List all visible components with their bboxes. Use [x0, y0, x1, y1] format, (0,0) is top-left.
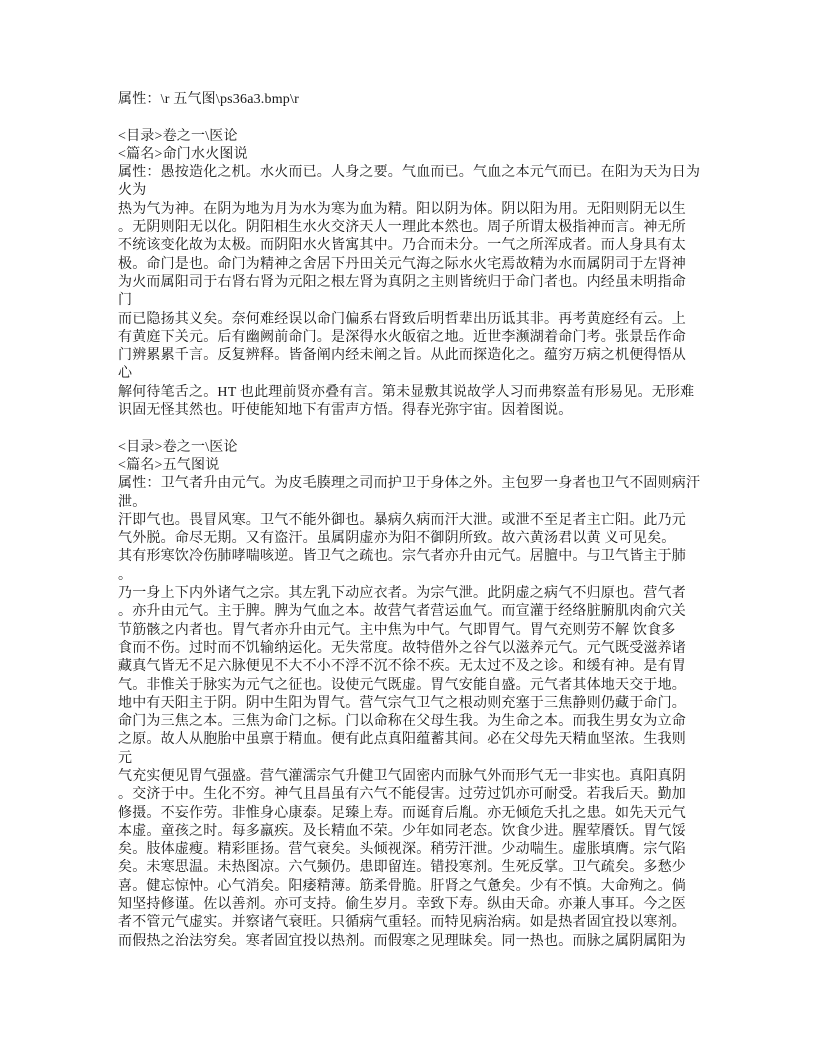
text-line: 者不管元气虚实。并察诸气衰旺。只循病气重轻。而特见病治病。如是热者固宜投以寒剂。	[118, 914, 710, 932]
section-mingmen-shuihuo-tushuo: <目录>卷之一\医论<篇名>命门水火图说属性：愚按造化之机。水火而已。人身之要。…	[118, 128, 710, 421]
text-line: 心	[118, 365, 710, 383]
text-line: 而已隐扬其义矣。奈何难经误以命门偏系右肾致后明哲辈出历诋其非。再考黄庭经有云。上	[118, 311, 710, 329]
text-line: 。	[118, 567, 710, 585]
text-line: 其有形寒饮冷伤肺哮喘咳逆。皆卫气之疏也。宗气者亦升由元气。居膻中。与卫气皆主于肺	[118, 548, 710, 566]
text-line: 气外脱。命尽无期。又有盗汗。虽属阴虚亦为阳不御阴所致。故六黄汤君以黄 义可见矣。	[118, 530, 710, 548]
text-line: <篇名>五气图说	[118, 457, 710, 475]
text-line: 火为	[118, 182, 710, 200]
text-line: 属性：愚按造化之机。水火而已。人身之要。气血而已。气血之本元气而已。在阳为天为日…	[118, 164, 710, 182]
text-line: 矣。未寒思温。未热图凉。六气频仍。患即留连。错投寒剂。生死反掌。卫气疏矣。多愁少	[118, 859, 710, 877]
text-line: 不统该变化故为太极。而阴阳水火皆寓其中。乃合而未分。一气之所浑成者。而人身具有太	[118, 237, 710, 255]
section-wuqi-tushuo: <目录>卷之一\医论<篇名>五气图说属性：卫气者升由元气。为皮毛腠理之司而护卫于…	[118, 439, 710, 951]
text-line: <篇名>命门水火图说	[118, 146, 710, 164]
text-line: 热为气为神。在阴为地为月为水为寒为血为精。阳以阴为体。阴以阳为用。无阳则阴无以生	[118, 201, 710, 219]
text-line: 而假热之治法穷矣。寒者固宜投以热剂。而假寒之见理昧矣。同一热也。而脉之属阴属阳为	[118, 933, 710, 951]
text-line: 乃一身上下内外诸气之宗。其左乳下动应衣者。为宗气泄。此阴虚之病气不归原也。营气者	[118, 585, 710, 603]
text-line: 属性：卫气者升由元气。为皮毛腠理之司而护卫于身体之外。主包罗一身者也卫气不固则病…	[118, 475, 710, 493]
text-line: 本虚。童孩之时。每多羸疾。及长精血不荣。少年如同老态。饮食少进。腥荤餍饫。胃气馁	[118, 823, 710, 841]
text-line: 门辨累累千言。反复辨释。皆备阐内经未阐之旨。从此而探造化之。蕴穷万病之机便得悟从	[118, 347, 710, 365]
text-line: 属性：\r 五气图\ps36a3.bmp\r	[118, 91, 710, 109]
text-line: 汗即气也。畏冒风寒。卫气不能外御也。暴病久病而汗大泄。或泄不至足者主亡阳。此乃元	[118, 512, 710, 530]
text-line: 地中有天阳主于阴。阴中生阳为胃气。营气宗气卫气之根动则充塞于三焦静则仍藏于命门。	[118, 695, 710, 713]
image-attribute-block: 属性：\r 五气图\ps36a3.bmp\r	[118, 91, 710, 109]
text-line: 元	[118, 750, 710, 768]
text-line: 命门为三焦之本。三焦为命门之标。门以命称在父母生我。为生命之本。而我生男女为立命	[118, 713, 710, 731]
text-line: 气充实便见胃气强盛。营气灌濡宗气升健卫气固密内而脉气外而形气无一非实也。真阳真阴	[118, 768, 710, 786]
text-line: 极。命门是也。命门为精神之舍居下丹田关元气海之际水火宅焉故精为水而属阴司于左肾神	[118, 256, 710, 274]
text-line: 知坚持修谨。佐以善剂。亦可支持。偷生岁月。幸致下寿。纵由天命。亦兼人事耳。今之医	[118, 896, 710, 914]
text-line: <目录>卷之一\医论	[118, 128, 710, 146]
text-line: 之原。故人从胞胎中虽禀于精血。便有此点真阳蕴蓄其间。必在父母先天精血坚浓。生我则	[118, 731, 710, 749]
text-line: 气。非惟关于脉实为元气之征也。设使元气既虚。胃气安能自盛。元气者其体地天交于地。	[118, 677, 710, 695]
text-line: 喜。健忘惊忡。心气消矣。阳痿精薄。筋柔骨脆。肝肾之气惫矣。少有不慎。大命殉之。倘	[118, 878, 710, 896]
text-line: 藏真气皆无不足六脉便见不大不小不浮不沉不徐不疾。无太过不及之诊。和缓有神。是有胃	[118, 658, 710, 676]
document-text: 属性：\r 五气图\ps36a3.bmp\r<目录>卷之一\医论<篇名>命门水火…	[118, 91, 710, 951]
text-line: 矣。肢体虚瘦。精彩匪扬。营气衰矣。头倾视深。稍劳汗泄。少动喘生。虚胀填膺。宗气陷	[118, 841, 710, 859]
text-line: 泄。	[118, 494, 710, 512]
text-line: 为火而属阳司于右肾右肾为元阳之根左肾为真阴之主则皆统归于命门者也。内经虽未明指命	[118, 274, 710, 292]
text-line: 食而不伤。过时而不饥输纳运化。无失常度。故特借外之谷气以滋养元气。元气既受滋养诸	[118, 640, 710, 658]
text-line: 。亦升由元气。主于脾。脾为气血之本。故营气者营运血气。而宣灌于经络脏腑肌肉俞穴关	[118, 603, 710, 621]
document-page: 属性：\r 五气图\ps36a3.bmp\r<目录>卷之一\医论<篇名>命门水火…	[0, 0, 816, 1056]
text-line: 。无阴则阳无以化。阴阳相生水火交济天人一理此本然也。周子所谓太极指神而言。神无所	[118, 219, 710, 237]
text-line: 识固无怪其然也。吁使能知地下有雷声方悟。得春光弥宇宙。因着图说。	[118, 402, 710, 420]
text-line: 解何待笔舌之。HT 也此理前贤亦叠有言。第未显敷其说故学人习而弗察盖有形易见。无…	[118, 384, 710, 402]
text-line: 有黄庭下关元。后有幽阙前命门。是深得水火皈宿之地。近世李濒湖着命门考。张景岳作命	[118, 329, 710, 347]
text-line: <目录>卷之一\医论	[118, 439, 710, 457]
text-line: 门	[118, 292, 710, 310]
text-line: 修摄。不妄作劳。非惟身心康泰。足臻上寿。而诞育后胤。亦无倾危夭扎之患。如先天元气	[118, 805, 710, 823]
text-line: 。交济于中。生化不穷。神气且昌虽有六气不能侵害。过劳过饥亦可耐受。若我后天。勤加	[118, 786, 710, 804]
text-line: 节筋骸之内者也。胃气者亦升由元气。主中焦为中气。气即胃气。胃气充则劳不解 饮食多	[118, 622, 710, 640]
